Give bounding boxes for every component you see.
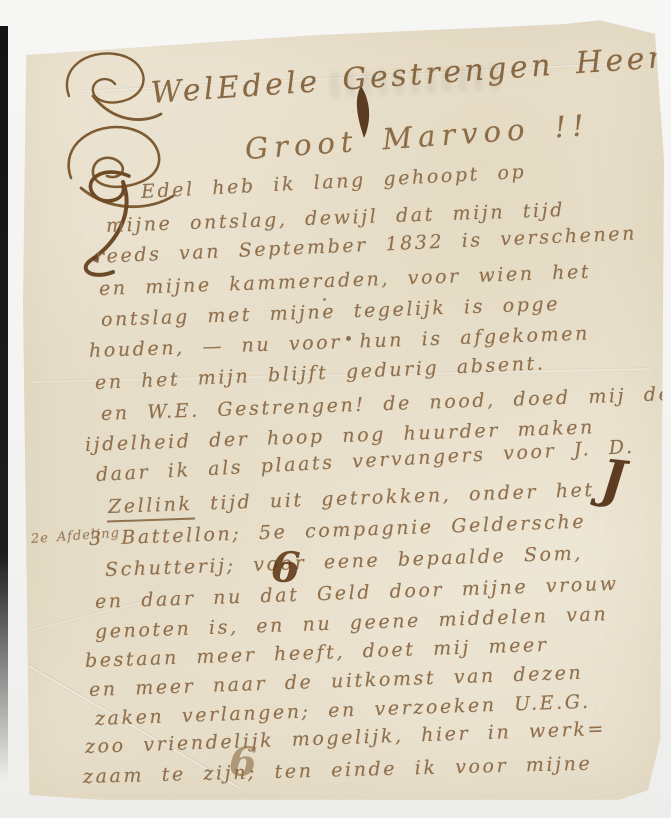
letter-line: zaam te zijn; ten einde ik voor mijne [83,753,593,788]
letter-paper-sheet: WelEdele Gestrengen Heer! Groot Marvoo !… [23,18,664,806]
ink-speck [93,256,98,262]
scan-background: { "letter": { "heading_line1": "WelEdele… [0,0,671,818]
ink-speck [346,336,351,341]
large-j-flourish: J [598,448,629,511]
letter-line: Schutterij; voor eene bepaalde Som, [105,542,584,581]
letter-line: Edel heb ik lang gehoopt op [140,161,526,203]
pen-flourish-swirl-icon [53,44,163,129]
letter-heading-line1: WelEdele Gestrengen Heer! [150,39,671,111]
show-through-mark: 6 [228,738,257,786]
zellink-underline [107,517,195,522]
letter-heading-line2: Groot Marvoo !! [244,108,591,166]
ink-speck [323,298,326,301]
scanner-edge-shadow [0,26,8,780]
show-through-mark: 6 [270,542,302,592]
